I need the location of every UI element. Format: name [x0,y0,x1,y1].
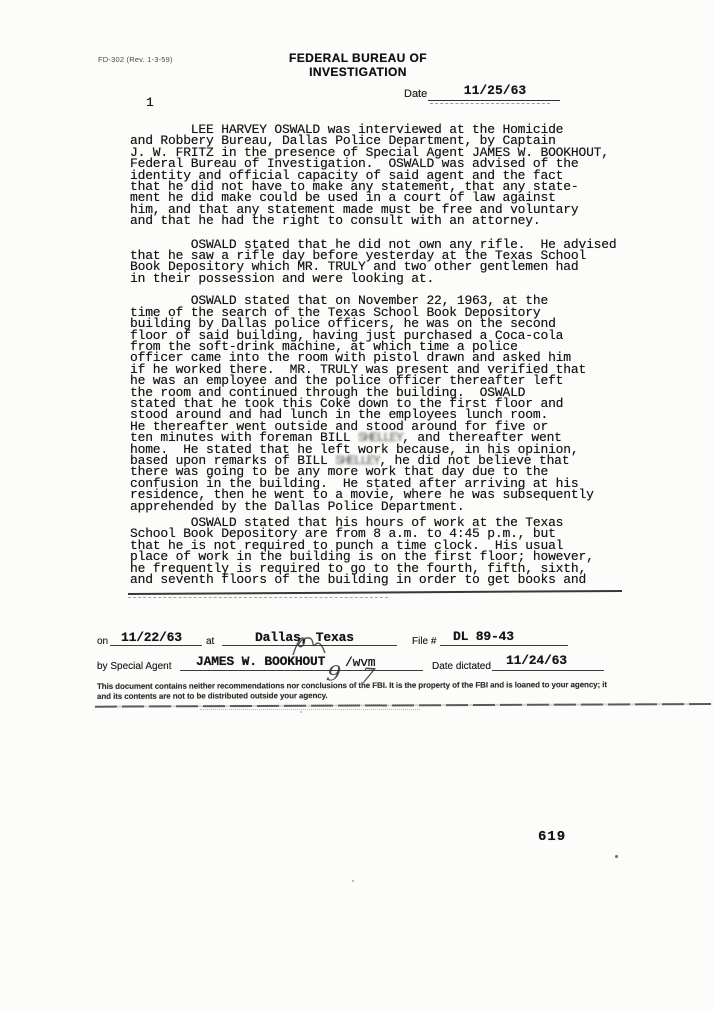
bottom-rule-dots [200,709,420,710]
on-value: 11/22/63 [121,630,182,645]
smudged-name: SHELLEY [358,430,402,445]
on-label: on [97,636,108,647]
date-value: 11/25/63 [430,83,560,98]
date-underline-dash [430,103,550,104]
file-underline [440,645,568,646]
scanned-document-page: FD-302 (Rev. 1-3-59) FEDERAL BUREAU OF I… [0,0,714,1010]
bottom-rule [95,703,711,707]
file-value: DL 89-43 [453,629,514,644]
at-label: at [206,636,214,647]
date-label: Date [404,88,427,100]
body-paragraph: LEE HARVEY OSWALD was interviewed at the… [130,124,630,227]
special-agent-label: by Special Agent [97,661,172,672]
agent-underline [180,670,423,671]
scan-speck [352,880,354,882]
dictated-underline [492,670,604,671]
date-dictated-label: Date dictated [432,661,491,672]
body-paragraph: OSWALD stated that he did not own any ri… [130,239,630,285]
page-indicator: 1 [146,95,154,110]
body-paragraph: OSWALD stated that his hours of work at … [130,517,630,585]
document-body: LEE HARVEY OSWALD was interviewed at the… [130,124,630,585]
document-page-number: 619 [538,829,566,845]
scan-speck [615,855,618,858]
scan-speck [300,711,302,713]
section-divider-rule [128,590,622,595]
on-underline [110,645,202,646]
agency-title: FEDERAL BUREAU OF INVESTIGATION [243,51,473,79]
section-divider-rule-echo [128,597,388,598]
smudged-name: SHELLEY [335,453,379,468]
body-paragraph: OSWALD stated that on November 22, 1963,… [130,295,630,512]
handwritten-squiggle [289,633,329,659]
file-label: File # [412,636,436,647]
disclaimer-text: This document contains neither recommend… [97,680,617,701]
date-underline [428,100,560,101]
date-dictated-value: 11/24/63 [506,653,567,668]
form-number: FD-302 (Rev. 1-3-59) [98,55,173,64]
